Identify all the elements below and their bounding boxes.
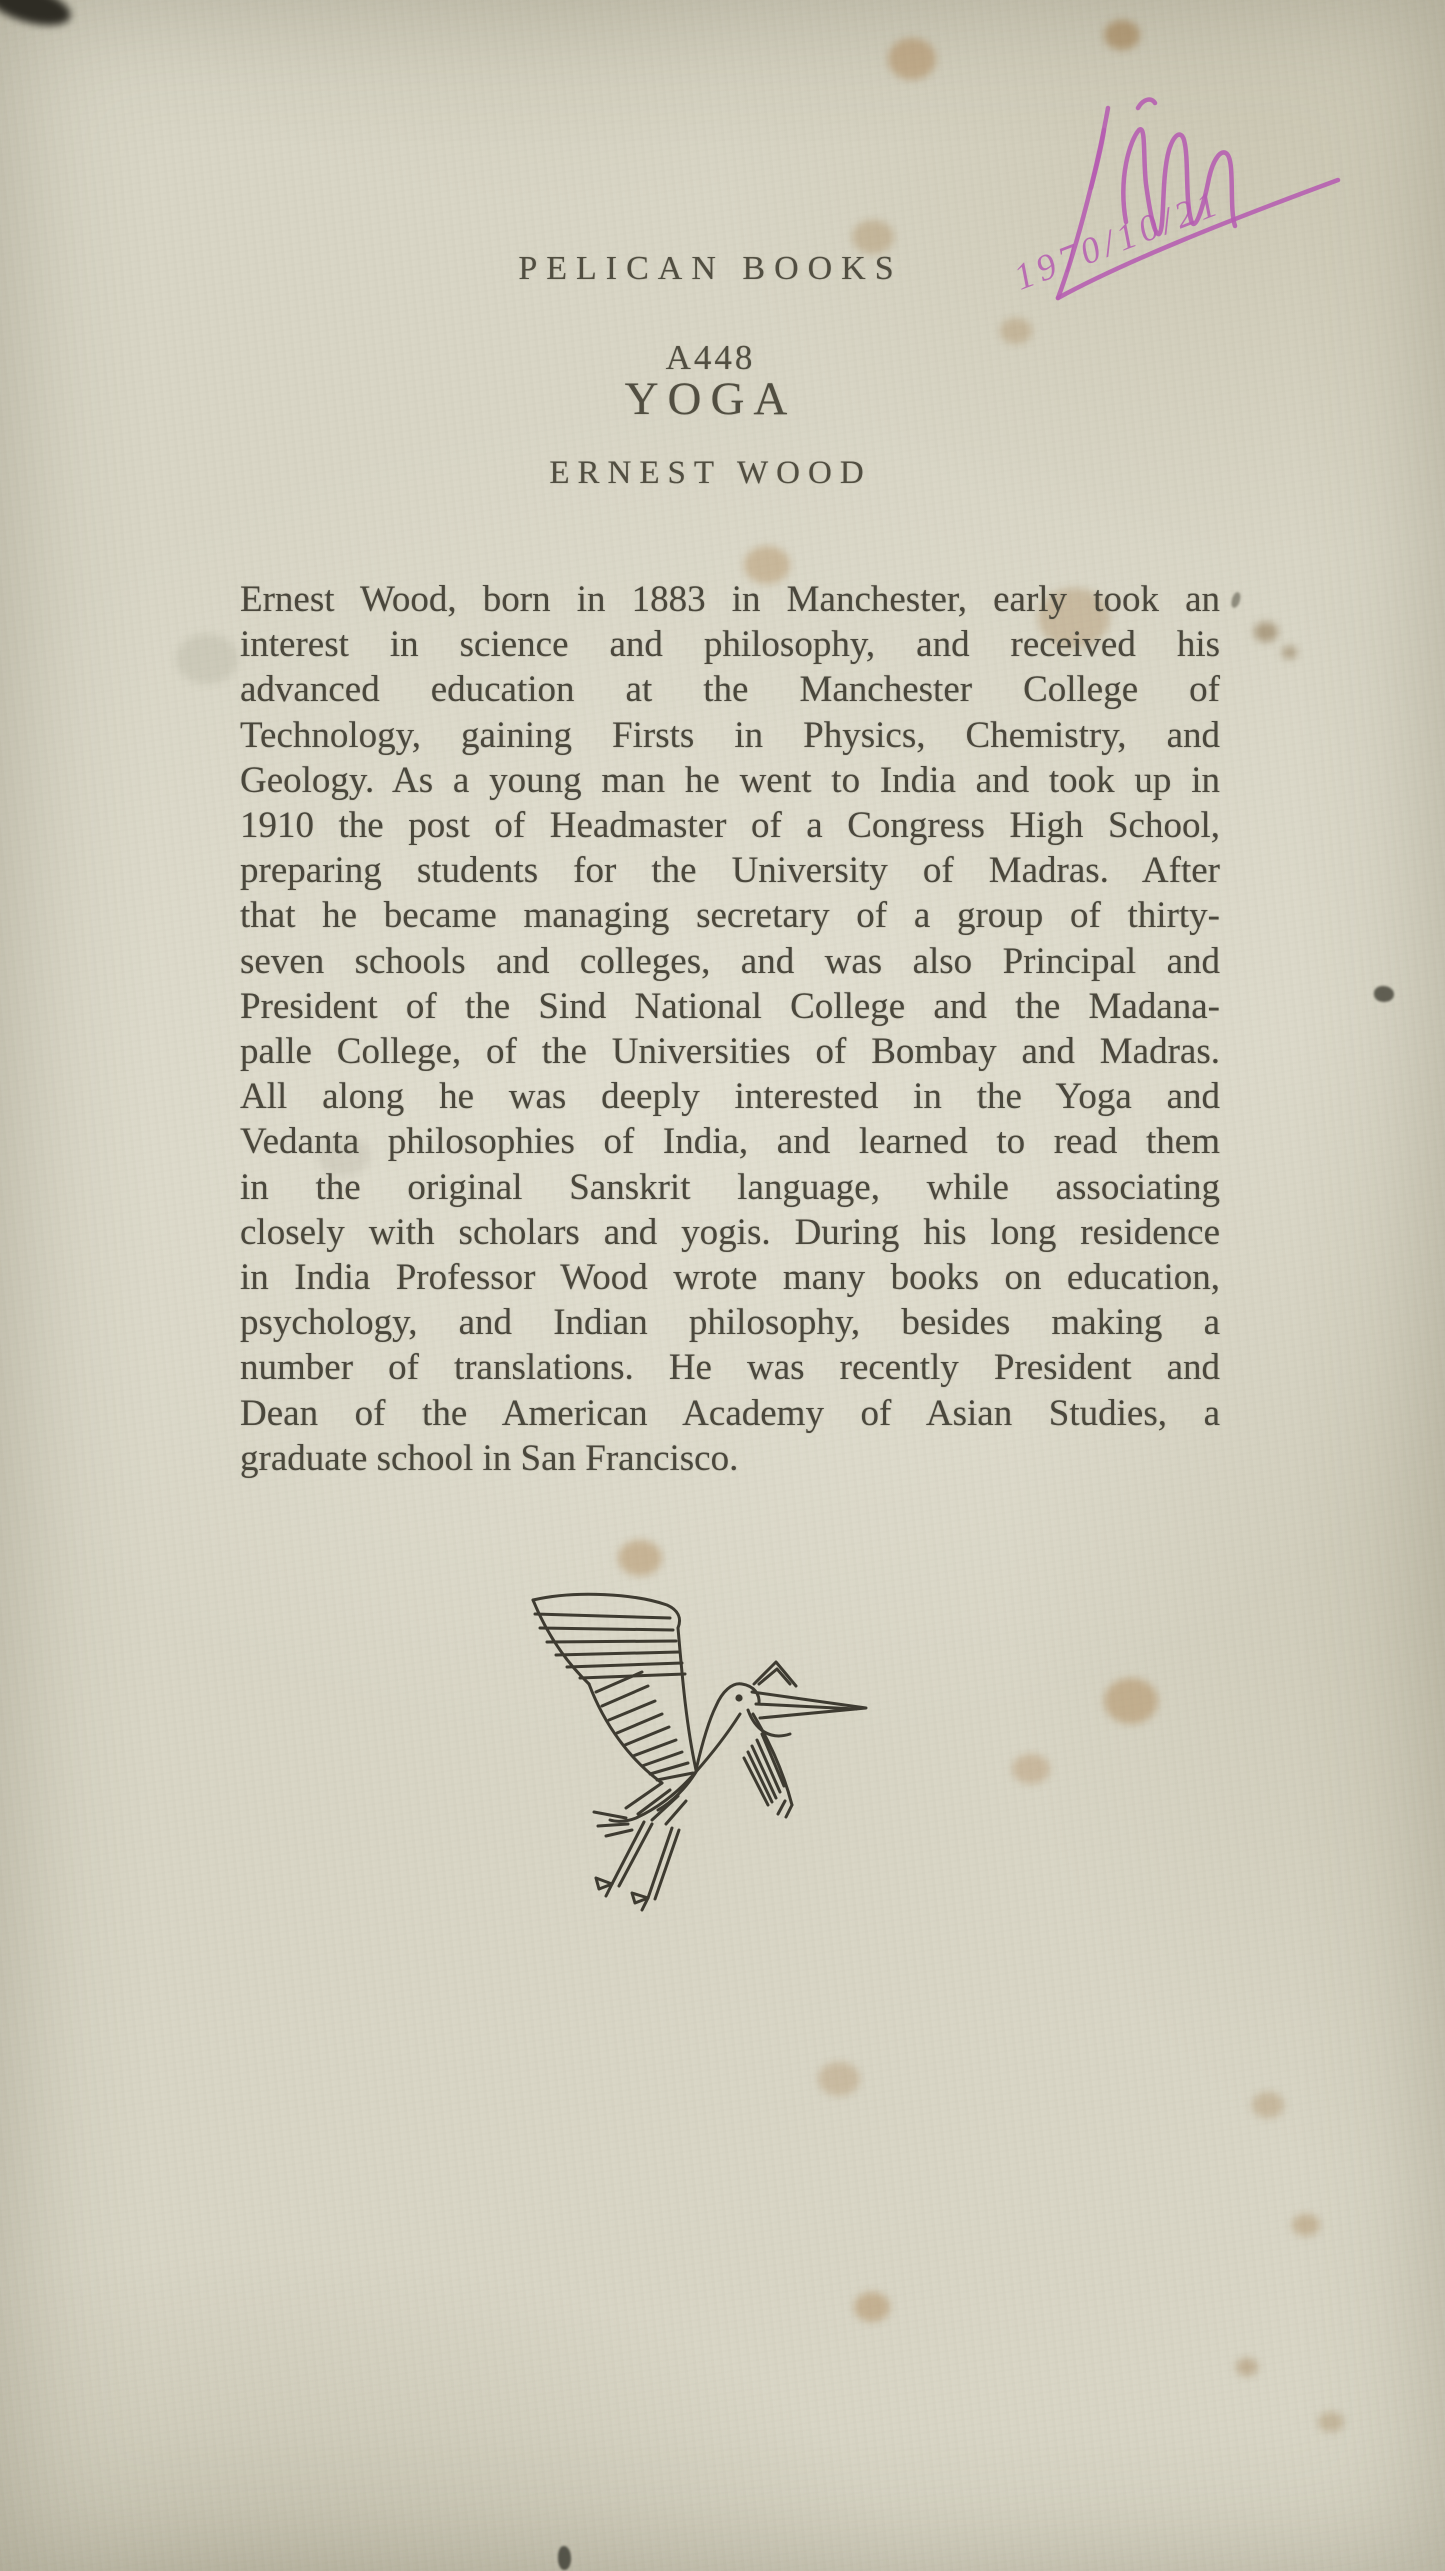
foxing-spot — [1254, 622, 1278, 642]
foxing-spot — [1282, 646, 1297, 659]
foxing-spot — [888, 38, 936, 80]
biography-line: Technology, gaining Firsts in Physics, C… — [240, 713, 1220, 758]
biography-line: President of the Sind National College a… — [240, 984, 1220, 1029]
foxing-spot — [852, 220, 894, 254]
page-corner-shadow — [0, 0, 75, 33]
biography-line: closely with scholars and yogis. During … — [240, 1210, 1220, 1255]
ink-speck — [558, 2546, 571, 2570]
foxing-spot — [1012, 1754, 1050, 1784]
author-name: ERNEST WOOD — [0, 455, 1433, 492]
book-title: YOGA — [0, 372, 1433, 426]
foxing-spot — [1318, 2412, 1344, 2432]
biography-line: Vedanta philosophies of India, and learn… — [240, 1119, 1220, 1164]
biography-line: Geology. As a young man he went to India… — [240, 758, 1220, 803]
biography-line: that he became managing secretary of a g… — [240, 893, 1220, 938]
biography-line: psychology, and Indian philosophy, besid… — [240, 1300, 1220, 1345]
foxing-spot — [618, 1540, 662, 1576]
biography-line: number of translations. He was recently … — [240, 1345, 1220, 1390]
biography-line: Dean of the American Academy of Asian St… — [240, 1391, 1220, 1436]
foxing-spot — [176, 634, 238, 684]
publisher-name: PELICAN BOOKS — [0, 250, 1433, 288]
ink-speck — [1374, 986, 1394, 1002]
pelican-logo-icon — [526, 1584, 906, 1914]
biography-line: in India Professor Wood wrote many books… — [240, 1255, 1220, 1300]
foxing-spot — [1104, 20, 1140, 50]
foxing-spot — [818, 2062, 860, 2096]
apostrophe-mark — [1230, 591, 1243, 609]
biography-line: graduate school in San Francisco. — [240, 1436, 1220, 1481]
biography-line: 1910 the post of Headmaster of a Congres… — [240, 803, 1220, 848]
biography-line: palle College, of the Universities of Bo… — [240, 1029, 1220, 1074]
biography-line: seven schools and colleges, and was also… — [240, 939, 1220, 984]
biography-line: advanced education at the Manchester Col… — [240, 667, 1220, 712]
author-biography: Ernest Wood, born in 1883 in Manchester,… — [240, 577, 1220, 1481]
foxing-spot — [1236, 2358, 1258, 2376]
biography-line: interest in science and philosophy, and … — [240, 622, 1220, 667]
book-page: 1970/10/21 PELICAN BOOKS A448 YOGA ERNES… — [0, 0, 1445, 2571]
biography-line: preparing students for the University of… — [240, 848, 1220, 893]
biography-line: Ernest Wood, born in 1883 in Manchester,… — [240, 577, 1220, 622]
foxing-spot — [1292, 2214, 1320, 2236]
biography-line: All along he was deeply interested in th… — [240, 1074, 1220, 1119]
foxing-spot — [1104, 1678, 1158, 1724]
foxing-spot — [1252, 2092, 1284, 2118]
biography-line: in the original Sanskrit language, while… — [240, 1165, 1220, 1210]
foxing-spot — [854, 2292, 890, 2322]
